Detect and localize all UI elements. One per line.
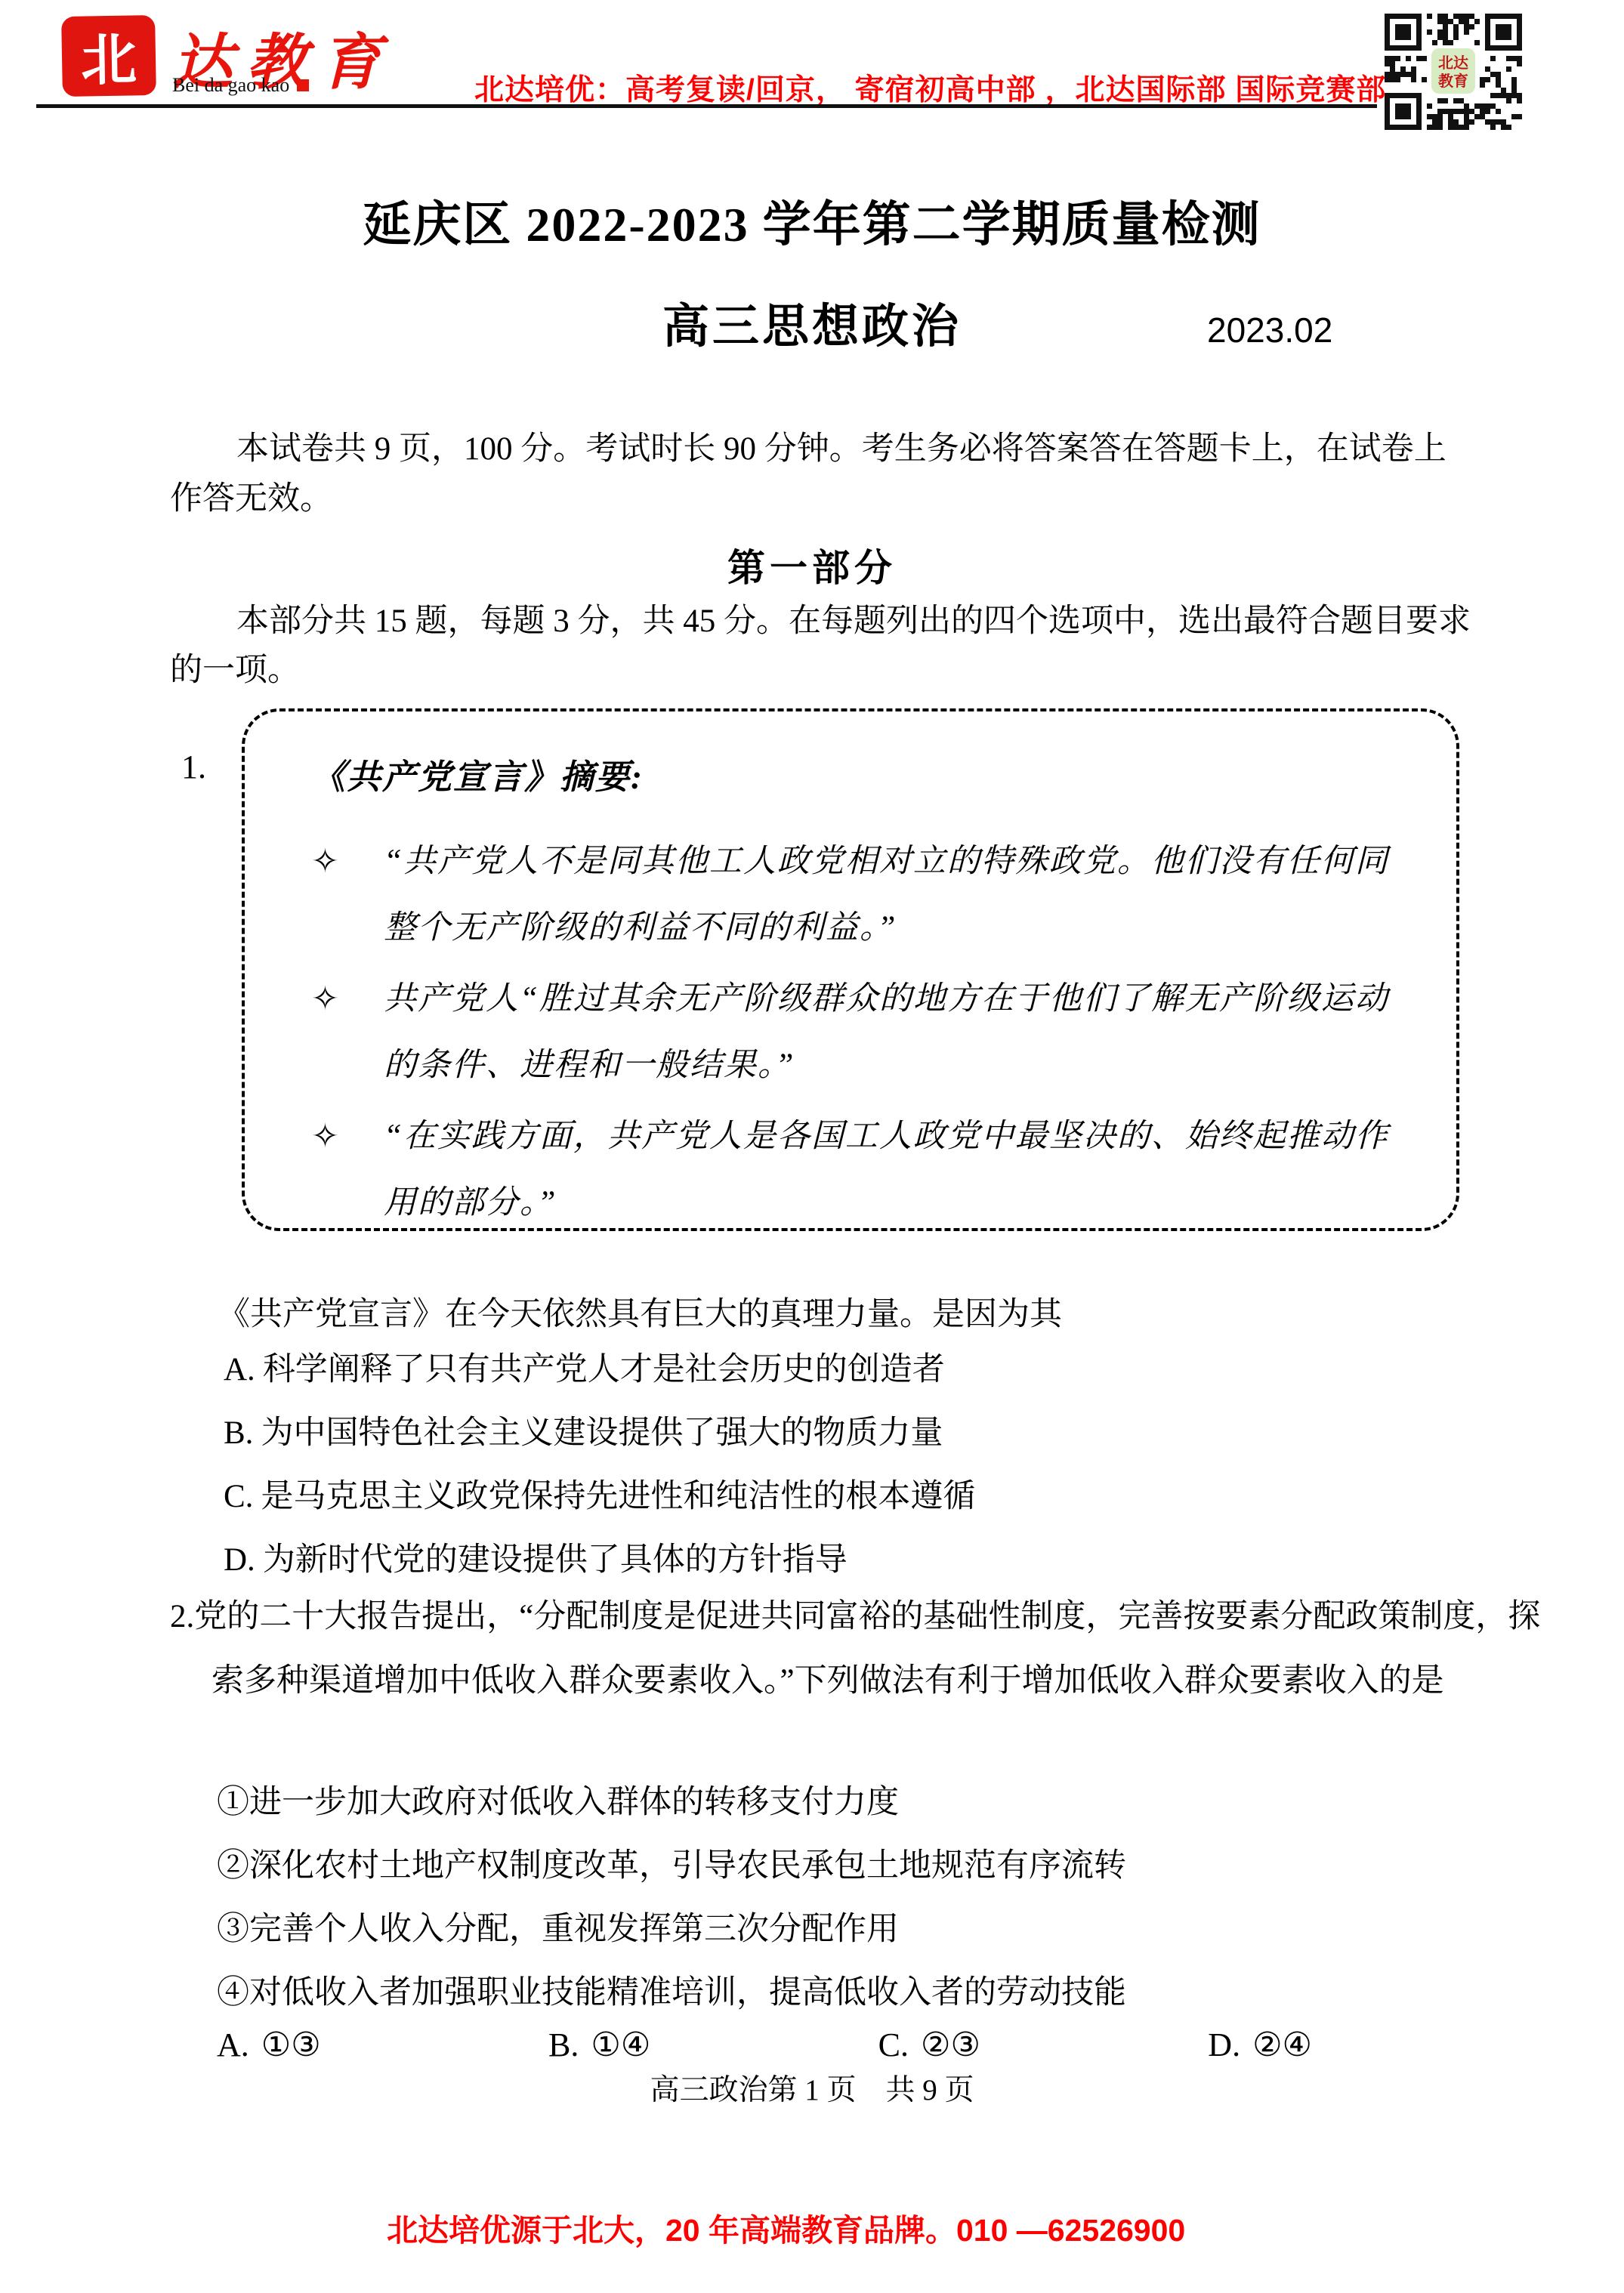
question1-quote-box: 《共产党宣言》摘要: ✧ “共产党人不是同其他工人政党相对立的特殊政党。他们没有… — [242, 708, 1459, 1231]
brand-red-square-icon — [297, 79, 309, 91]
four-point-star-icon: ✧ — [311, 829, 384, 961]
subject-title: 高三思想政治 — [0, 289, 1624, 356]
question1-options: A.科学阐释了只有共产党人才是社会历史的创造者 B.为中国特色社会主义建设提供了… — [224, 1338, 975, 1592]
question2-stem: 2.党的二十大报告提出，“分配制度是促进共同富裕的基础性制度，完善按要素分配政策… — [170, 1585, 1548, 1713]
choice-a: A.①③ — [217, 2026, 321, 2064]
option-c: C.是马克思主义政党保持先进性和纯洁性的根本遵循 — [224, 1465, 975, 1529]
exam-instructions: 本试卷共 9 页，100 分。考试时长 90 分钟。考生务必将答案答在答题卡上，… — [170, 424, 1477, 524]
bottom-red-banner: 北达培优源于北大，20 年高端教育品牌。010 —62526900 — [387, 2205, 1185, 2250]
exam-page: 北 达教育 Bei da gao kao 北达培优：高考复读/回京， 寄宿初高中… — [0, 0, 1624, 2293]
item-2: ②深化农村土地产权制度改革，引导农民承包土地规范有序流转 — [217, 1835, 1126, 1898]
option-a: A.科学阐释了只有共产党人才是社会历史的创造者 — [224, 1338, 975, 1402]
quote-bullet: ✧ “共产党人不是同其他工人政党相对立的特殊政党。他们没有任何同整个无产阶级的利… — [311, 829, 1415, 961]
item-3: ③完善个人收入分配，重视发挥第三次分配作用 — [217, 1898, 1126, 1961]
option-d: D.为新时代党的建设提供了具体的方针指导 — [224, 1529, 975, 1592]
item-4: ④对低收入者加强职业技能精准培训，提高低收入者的劳动技能 — [217, 1961, 1126, 2025]
part1-description: 本部分共 15 题，每题 3 分，共 45 分。在每题列出的四个选项中，选出最符… — [170, 597, 1499, 695]
question2-choices: A.①③ B.①④ C.②③ D.②④ — [217, 2026, 1312, 2064]
item-1: ①进一步加大政府对低收入群体的转移支付力度 — [217, 1771, 1126, 1835]
quote-bullet: ✧ 共产党人“胜过其余无产阶级群众的地方在于他们了解无产阶级运动的条件、进程和一… — [311, 966, 1415, 1099]
exam-date: 2023.02 — [1207, 310, 1332, 350]
choice-b: B.①④ — [548, 2026, 650, 2064]
brand-pinyin: Bei da gao kao — [172, 74, 309, 97]
part1-heading: 第一部分 — [0, 538, 1624, 592]
page-number-footer: 高三政治第 1 页 共 9 页 — [0, 2066, 1624, 2109]
question2-numbered-items: ①进一步加大政府对低收入群体的转移支付力度 ②深化农村土地产权制度改革，引导农民… — [217, 1771, 1126, 2025]
header-divider — [36, 104, 1377, 108]
choice-d: D.②④ — [1208, 2026, 1312, 2064]
choice-c: C.②③ — [878, 2026, 980, 2064]
question1-number: 1. — [181, 748, 206, 786]
qr-center-label-line2: 教育 — [1438, 72, 1468, 90]
four-point-star-icon: ✧ — [311, 1103, 384, 1236]
exam-title: 延庆区 2022-2023 学年第二学期质量检测 — [0, 186, 1624, 255]
four-point-star-icon: ✧ — [311, 966, 384, 1099]
qr-center-label-line1: 北达 — [1438, 54, 1468, 72]
quote-bullet: ✧ “在实践方面，共产党人是各国工人政党中最坚决的、始终起推动作用的部分。” — [311, 1103, 1415, 1236]
seal-character: 北 — [80, 15, 137, 96]
option-b: B.为中国特色社会主义建设提供了强大的物质力量 — [224, 1402, 975, 1465]
school-seal-logo: 北 — [63, 17, 154, 94]
header-slogan: 北达培优：高考复读/回京， 寄宿初高中部 ，北达国际部 国际竞赛部 — [474, 66, 1386, 109]
qr-code: 北达 教育 — [1385, 14, 1522, 130]
quote-box-title: 《共产党宣言》摘要: — [311, 749, 1415, 798]
question1-stem: 《共产党宣言》在今天依然具有巨大的真理力量。是因为其 — [218, 1288, 1062, 1335]
